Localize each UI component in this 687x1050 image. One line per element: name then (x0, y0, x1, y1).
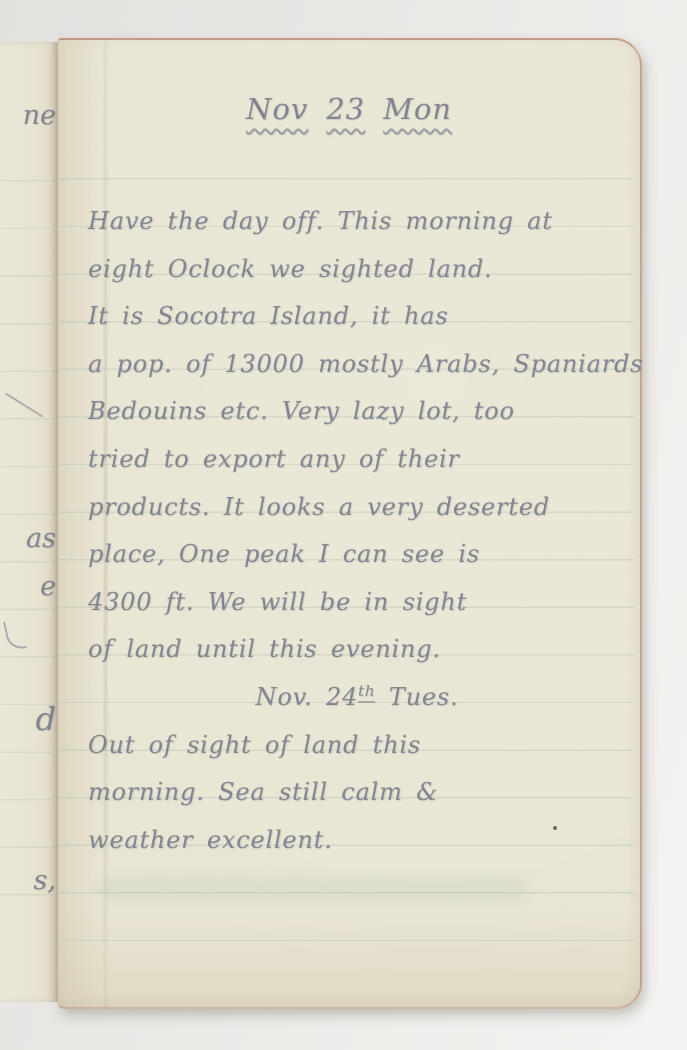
margin-word-fragment: e (40, 571, 56, 602)
ink-show-through-stain (98, 876, 528, 902)
manuscript-line: place, One peak I can see is (88, 531, 626, 579)
dust-speck (553, 826, 557, 830)
manuscript-line: of land until this evening. (88, 626, 626, 674)
entry-heading-nov-23: Nov23Mon (58, 92, 640, 126)
diary-text: Have the day off. This morning at eight … (88, 198, 626, 864)
previous-page-edge: ne as e d s, (0, 42, 58, 1002)
manuscript-line: Have the day off. This morning at (88, 198, 626, 246)
manuscript-line: a pop. of 13000 mostly Arabs, Spaniards (88, 341, 626, 389)
entry-heading-nov-24: Nov. 24th Tues. (88, 674, 626, 722)
manuscript-line: products. It looks a very deserted (88, 484, 626, 532)
notebook-page: Nov23Mon Have the day off. This morning … (58, 38, 642, 1009)
manuscript-line: tried to export any of their (88, 436, 626, 484)
heading-word: 23 (326, 92, 365, 126)
manuscript-line: Out of sight of land this (88, 722, 626, 770)
margin-word-fragment: ne (23, 100, 56, 131)
manuscript-line: weather excellent. (88, 817, 626, 865)
heading-ordinal: th (358, 682, 375, 703)
margin-word-fragment: s, (34, 865, 56, 896)
manuscript-line: 4300 ft. We will be in sight (88, 579, 626, 627)
photo-backdrop: ne as e d s, Nov23Mon Have the day off. … (0, 0, 687, 1050)
manuscript-line: morning. Sea still calm & (88, 769, 626, 817)
heading-word: Nov (246, 92, 308, 126)
manuscript-line: It is Socotra Island, it has (88, 293, 626, 341)
manuscript-line: eight Oclock we sighted land. (88, 246, 626, 294)
heading-day: Tues. (375, 683, 458, 711)
heading-date: Nov. 24 (256, 683, 359, 711)
margin-word-fragment: d (36, 700, 56, 738)
heading-word: Mon (383, 92, 452, 126)
margin-word-fragment: as (26, 523, 56, 554)
manuscript-line: Bedouins etc. Very lazy lot, too (88, 388, 626, 436)
